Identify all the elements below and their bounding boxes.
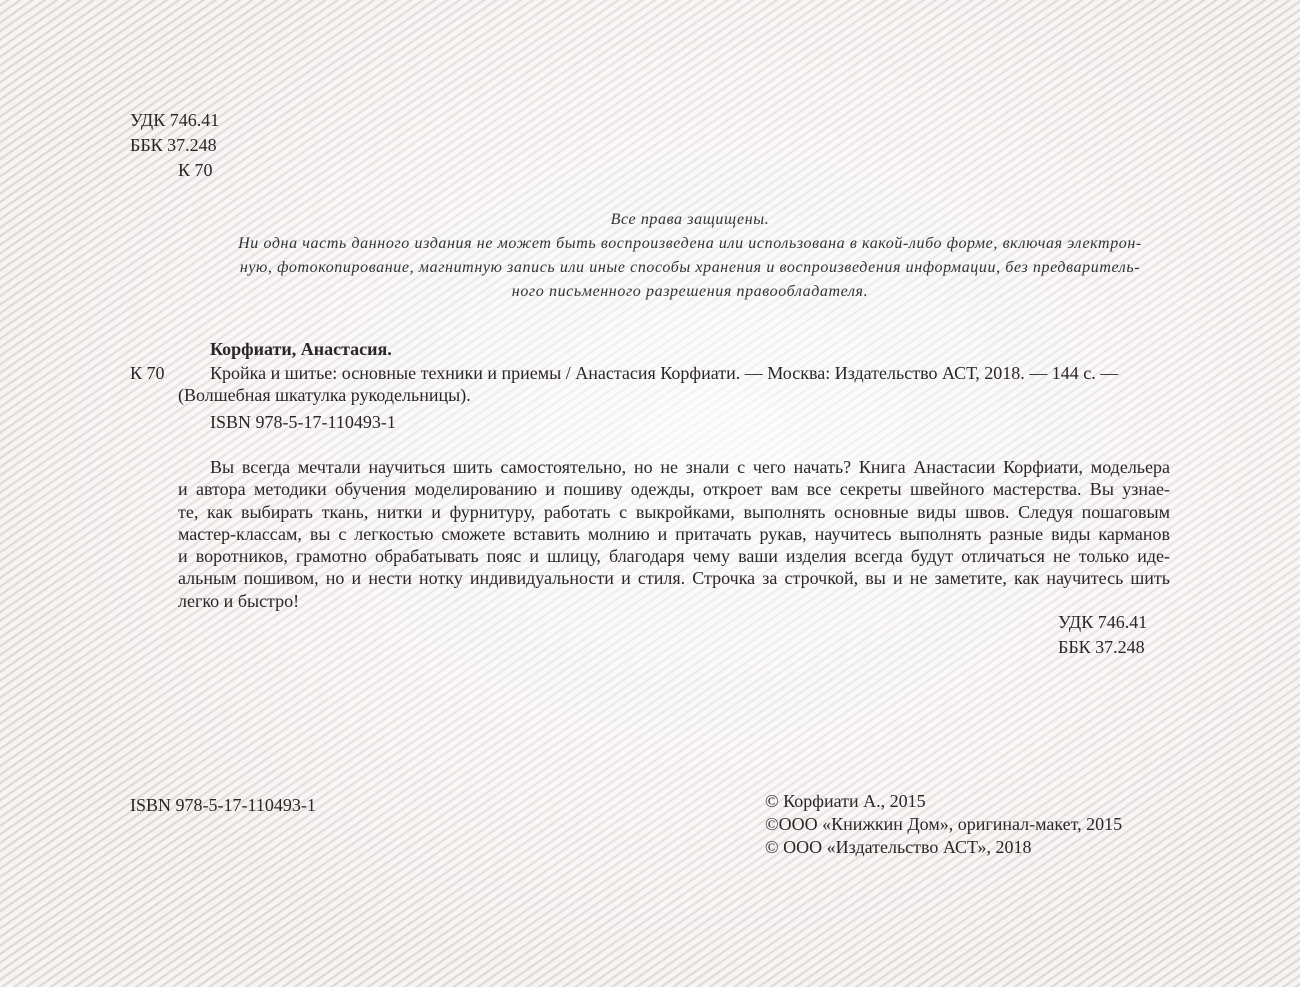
isbn-bottom: ISBN 978-5-17-110493-1	[130, 793, 316, 818]
copyright-line: © Корфиати А., 2015	[765, 789, 1122, 812]
classification-block-top: УДК 746.41 ББК 37.248 К 70	[130, 108, 219, 183]
udk-code: УДК 746.41	[130, 108, 219, 133]
udk-code: УДК 746.41	[1058, 610, 1147, 635]
bbk-code: ББК 37.248	[130, 133, 219, 158]
annotation-line: и воротников, грамотно обрабатывать пояс…	[178, 545, 1170, 567]
annotation-line: альным пошивом, но и нести нотку индивид…	[178, 567, 1170, 589]
annotation-line: мастер-классам, вы с легкостью сможете в…	[178, 523, 1170, 545]
author-mark: К 70	[130, 158, 219, 183]
copyright-line: © ООО «Издательство АСТ», 2018	[765, 835, 1122, 858]
annotation-line: Вы всегда мечтали научиться шить самосто…	[178, 456, 1170, 478]
annotation-line: те, как выбирать ткань, нитки и фурнитур…	[178, 501, 1170, 523]
rights-notice: Все права защищены. Ни одна часть данног…	[200, 208, 1180, 304]
catalog-author: Корфиати, Анастасия.	[210, 337, 392, 362]
catalog-series-line: (Волшебная шкатулка рукодельницы).	[178, 383, 471, 408]
copyright-block: © Корфиати А., 2015 ©ООО «Книжкин Дом», …	[765, 789, 1122, 858]
book-annotation: Вы всегда мечтали научиться шить самосто…	[178, 456, 1170, 612]
annotation-line: легко и быстро!	[178, 590, 1170, 612]
rights-line: ного письменного разрешения правообладат…	[200, 280, 1180, 304]
rights-title: Все права защищены.	[200, 208, 1180, 232]
rights-line: ную, фотокопирование, магнитную запись и…	[200, 256, 1180, 280]
copyright-line: ©ООО «Книжкин Дом», оригинал-макет, 2015	[765, 812, 1122, 835]
catalog-isbn: ISBN 978-5-17-110493-1	[210, 410, 396, 435]
classification-block-right: УДК 746.41 ББК 37.248	[1058, 610, 1147, 660]
rights-line: Ни одна часть данного издания не может б…	[200, 232, 1180, 256]
catalog-author-mark: К 70	[130, 361, 165, 386]
bbk-code: ББК 37.248	[1058, 635, 1147, 660]
annotation-line: и автора методики обучения моделированию…	[178, 478, 1170, 500]
